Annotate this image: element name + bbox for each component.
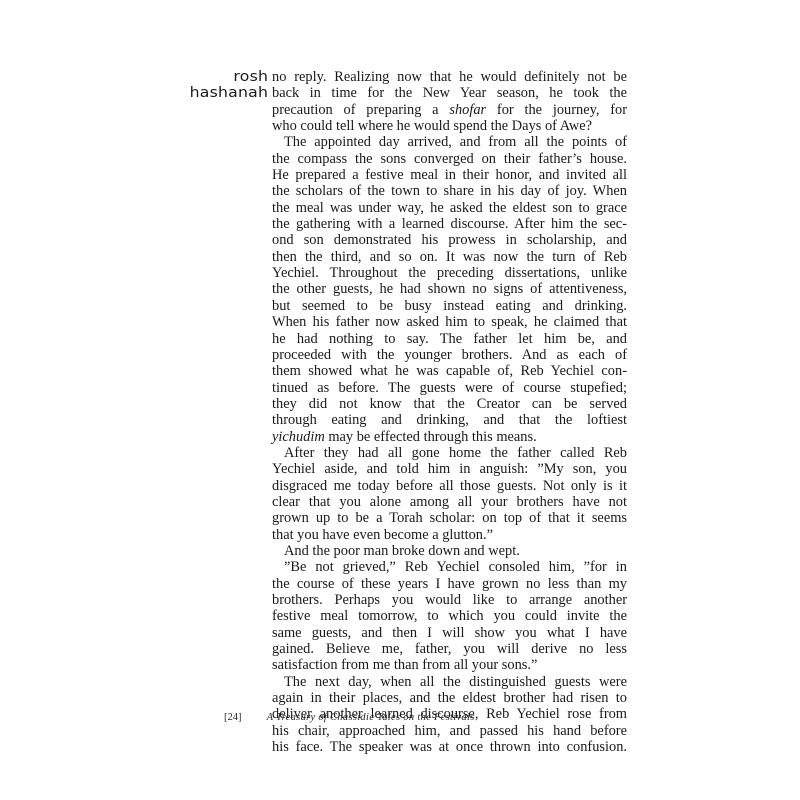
running-head-line: hashanah <box>189 85 268 101</box>
text-line: he had nothing to say. The father let hi… <box>272 331 627 347</box>
text-line: the scholars of the town to share in his… <box>272 183 627 199</box>
paragraph: ”Be not grieved,” Reb Yechiel consoled h… <box>272 559 627 673</box>
page-number: [24] <box>224 712 264 723</box>
text-line: disgraced me today before all those gues… <box>272 478 627 494</box>
book-title: A Treasury of Chassidic Tales on the Fes… <box>267 712 475 723</box>
text-line: satisfaction from me than from all your … <box>272 657 627 673</box>
paragraph: And the poor man broke down and wept. <box>272 543 627 559</box>
text-line: gained. Believe me, father, you will der… <box>272 641 627 657</box>
text-line: that you have even become a glutton.” <box>272 527 627 543</box>
text-line: festive meal tomorrow, to which you coul… <box>272 608 627 624</box>
text-line: then the third, and so on. It was now th… <box>272 249 627 265</box>
text-line: When his father now asked him to speak, … <box>272 314 627 330</box>
text-line: brothers. Perhaps you would like to arra… <box>272 592 627 608</box>
running-head: rosh hashanah <box>189 69 268 102</box>
text-line: the gathering with a learned discourse. … <box>272 216 627 232</box>
italic-term: yichudim <box>272 429 325 445</box>
paragraph: After they had all gone home the father … <box>272 445 627 543</box>
text-line: again in their places, and the eldest br… <box>272 690 627 706</box>
text-line: the compass the sons converged on their … <box>272 151 627 167</box>
body-text: no reply. Realizing now that he would de… <box>272 69 627 755</box>
text-line: The next day, when all the distinguished… <box>272 674 627 690</box>
book-page: rosh hashanah no reply. Realizing now th… <box>0 0 800 800</box>
text-line: who could tell where he would spend the … <box>272 118 627 134</box>
text-line: proceeded with the younger brothers. And… <box>272 347 627 363</box>
text-line: back in time for the New Year season, he… <box>272 85 627 101</box>
text-line: the meal was under way, he asked the eld… <box>272 200 627 216</box>
text-line: precaution of preparing a shofar for the… <box>272 102 627 118</box>
paragraph: The appointed day arrived, and from all … <box>272 134 627 445</box>
text-line: same guests, and then I will show you wh… <box>272 625 627 641</box>
running-head-line: rosh <box>189 69 268 85</box>
text-line: the other guests, he had shown no signs … <box>272 281 627 297</box>
text-line: through eating and drinking, and that th… <box>272 412 627 428</box>
text-line: Yechiel. Throughout the preceding disser… <box>272 265 627 281</box>
paragraph: no reply. Realizing now that he would de… <box>272 69 627 134</box>
text-line: no reply. Realizing now that he would de… <box>272 69 627 85</box>
text-line: yichudim may be effected through this me… <box>272 429 627 445</box>
text-line: Yechiel aside, and told him in anguish: … <box>272 461 627 477</box>
page-footer: [24] A Treasury of Chassidic Tales on th… <box>224 712 475 723</box>
text-line: his chair, approached him, and passed hi… <box>272 723 627 739</box>
text-line: After they had all gone home the father … <box>272 445 627 461</box>
text-line: but seemed to be busy instead eating and… <box>272 298 627 314</box>
italic-term: shofar <box>449 102 486 118</box>
text-line: ”Be not grieved,” Reb Yechiel consoled h… <box>272 559 627 575</box>
text-line: tinued as before. The guests were of cou… <box>272 380 627 396</box>
text-line: The appointed day arrived, and from all … <box>272 134 627 150</box>
text-line: ond son demonstrated his prowess in scho… <box>272 232 627 248</box>
text-line: grown up to be a Torah scholar: on top o… <box>272 510 627 526</box>
text-line: the course of these years I have grown n… <box>272 576 627 592</box>
text-line: them showed what he was capable of, Reb … <box>272 363 627 379</box>
text-line: He prepared a festive meal in their hono… <box>272 167 627 183</box>
text-line: clear that you alone among all your brot… <box>272 494 627 510</box>
text-line: his face. The speaker was at once thrown… <box>272 739 627 755</box>
text-line: And the poor man broke down and wept. <box>272 543 627 559</box>
text-line: they did not know that the Creator can b… <box>272 396 627 412</box>
